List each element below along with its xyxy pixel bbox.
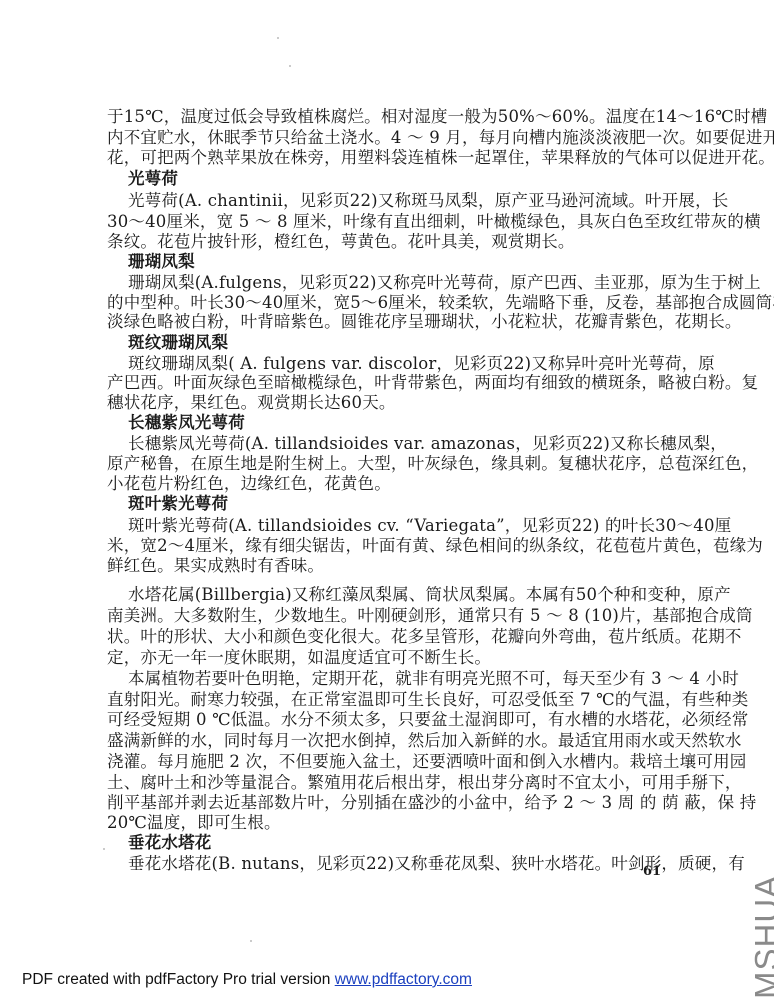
scan-speck — [250, 940, 252, 942]
section-heading: 垂花水塔花 — [128, 833, 212, 853]
text-line: 长穗紫凤光萼荷(A. tillandsioides var. amazonas，… — [128, 434, 663, 454]
text-line: 光萼荷(A. chantinii，见彩页22)又称斑马凤梨，原产亚马逊河流域。叶… — [128, 191, 663, 211]
text-line: 状。叶的形状、大小和颜色变化很大。花多呈管形，花瓣向外弯曲，苞片纸质。花期不 — [107, 627, 663, 647]
text-line: 20℃温度，即可生根。 — [107, 813, 663, 833]
text-line: 30～40厘米，宽 5 ～ 8 厘米，叶缘有直出细刺，叶橄榄绿色，具灰白色至玫红… — [107, 212, 663, 232]
text-line: 花，可把两个熟苹果放在株旁，用塑料袋连植株一起罩住，苹果释放的气体可以促进开花。 — [107, 148, 663, 168]
text-line: 珊瑚凤梨(A.fulgens，见彩页22)又称亮叶光萼荷，原产巴西、圭亚那，原为… — [128, 273, 663, 293]
text-line: 垂花水塔花(B. nutans，见彩页22)又称垂花凤梨、狭叶水塔花。叶剑形，质… — [128, 854, 663, 874]
scan-speck — [103, 848, 105, 850]
text-line: 斑纹珊瑚凤梨( A. fulgens var. discolor，见彩页22)又… — [128, 354, 663, 374]
page-number: 61 — [643, 864, 661, 879]
footer-text: PDF created with pdfFactory Pro trial ve… — [22, 971, 335, 988]
text-line: 内不宜贮水，休眠季节只给盆土浇水。4 ～ 9 月，每月向槽内施淡淡液肥一次。如要… — [107, 128, 663, 148]
text-line: 盛满新鲜的水，同时每月一次把水倒掉，然后加入新鲜的水。最适宜用雨水或天然软水 — [107, 731, 663, 751]
text-line: 穗状花序，果红色。观赏期长达60天。 — [107, 393, 663, 413]
text-line: 可经受短期 0 ℃低温。水分不须太多，只要盆土湿润即可，有水槽的水塔花，必须经常 — [107, 710, 663, 730]
text-line: 产巴西。叶面灰绿色至暗橄榄绿色，叶背带紫色，两面均有细致的横斑条，略被白粉。复 — [107, 373, 663, 393]
text-line: 直射阳光。耐寒力较强，在正常室温即可生长良好，可忍受低至 7 ℃的气温，有些种类 — [107, 690, 663, 710]
section-heading: 斑叶紫光萼荷 — [128, 494, 228, 514]
section-heading: 珊瑚凤梨 — [128, 252, 195, 272]
text-line: 原产秘鲁，在原生地是附生树上。大型，叶灰绿色，缘具刺。复穗状花序，总苞深红色， — [107, 454, 663, 474]
text-line: 浇灌。每月施肥 2 次，不但要施入盆土，还要洒喷叶面和倒入水槽内。栽培土壤可用园 — [107, 752, 663, 772]
text-line: 水塔花属(Billbergia)又称红藻凤梨属、筒状凤梨属。本属有50个种和变种… — [128, 585, 663, 605]
text-line: 淡绿色略被白粉，叶背暗紫色。圆锥花序呈珊瑚状，小花粒状，花瓣青紫色，花期长。 — [107, 312, 663, 332]
text-line: 斑叶紫光萼荷(A. tillandsioides cv. “Variegata”… — [128, 516, 663, 536]
watermark-text: MSHUA — [748, 889, 774, 999]
text-line: 米，宽2～4厘米，缘有细尖锯齿，叶面有黄、绿色相间的纵条纹，花苞苞片黄色，苞缘为 — [107, 536, 663, 556]
scan-speck — [289, 65, 291, 67]
text-line: 南美洲。大多数附生，少数地生。叶刚硬剑形，通常只有 5 ～ 8 (10)片，基部… — [107, 606, 663, 626]
text-line: 定，亦无一年一度休眠期，如温度适宜可不断生长。 — [107, 648, 663, 668]
text-line: 条纹。花苞片披针形，橙红色，萼黄色。花叶具美，观赏期长。 — [107, 232, 663, 252]
pdffactory-link[interactable]: www.pdffactory.com — [335, 971, 472, 988]
section-heading: 光萼荷 — [128, 169, 178, 189]
scanned-book-page: 于15℃，温度过低会导致植株腐烂。相对湿度一般为50%～60%。温度在14～16… — [0, 0, 774, 1001]
text-line: 削平基部并剥去近基部数片叶，分别插在盛沙的小盆中，给予 2 ～ 3 周 的 荫 … — [107, 793, 663, 813]
scan-speck — [277, 37, 279, 39]
text-line: 本属植物若要叶色明艳，定期开花，就非有明亮光照不可，每天至少有 3 ～ 4 小时 — [128, 669, 663, 689]
pdf-footer: PDF created with pdfFactory Pro trial ve… — [22, 971, 472, 989]
text-line: 的中型种。叶长30～40厘米，宽5～6厘米，较柔软，先端略下垂，反卷，基部抱合成… — [107, 293, 663, 313]
section-heading: 长穗紫凤光萼荷 — [128, 413, 245, 433]
section-heading: 斑纹珊瑚凤梨 — [128, 333, 228, 353]
text-line: 土、腐叶土和沙等量混合。繁殖用花后根出芽，根出芽分离时不宜太小，可用手掰下， — [107, 773, 663, 793]
text-line: 小花苞片粉红色，边缘红色，花黄色。 — [107, 474, 663, 494]
text-line: 于15℃，温度过低会导致植株腐烂。相对湿度一般为50%～60%。温度在14～16… — [107, 107, 663, 127]
text-line: 鲜红色。果实成熟时有香味。 — [107, 556, 663, 576]
